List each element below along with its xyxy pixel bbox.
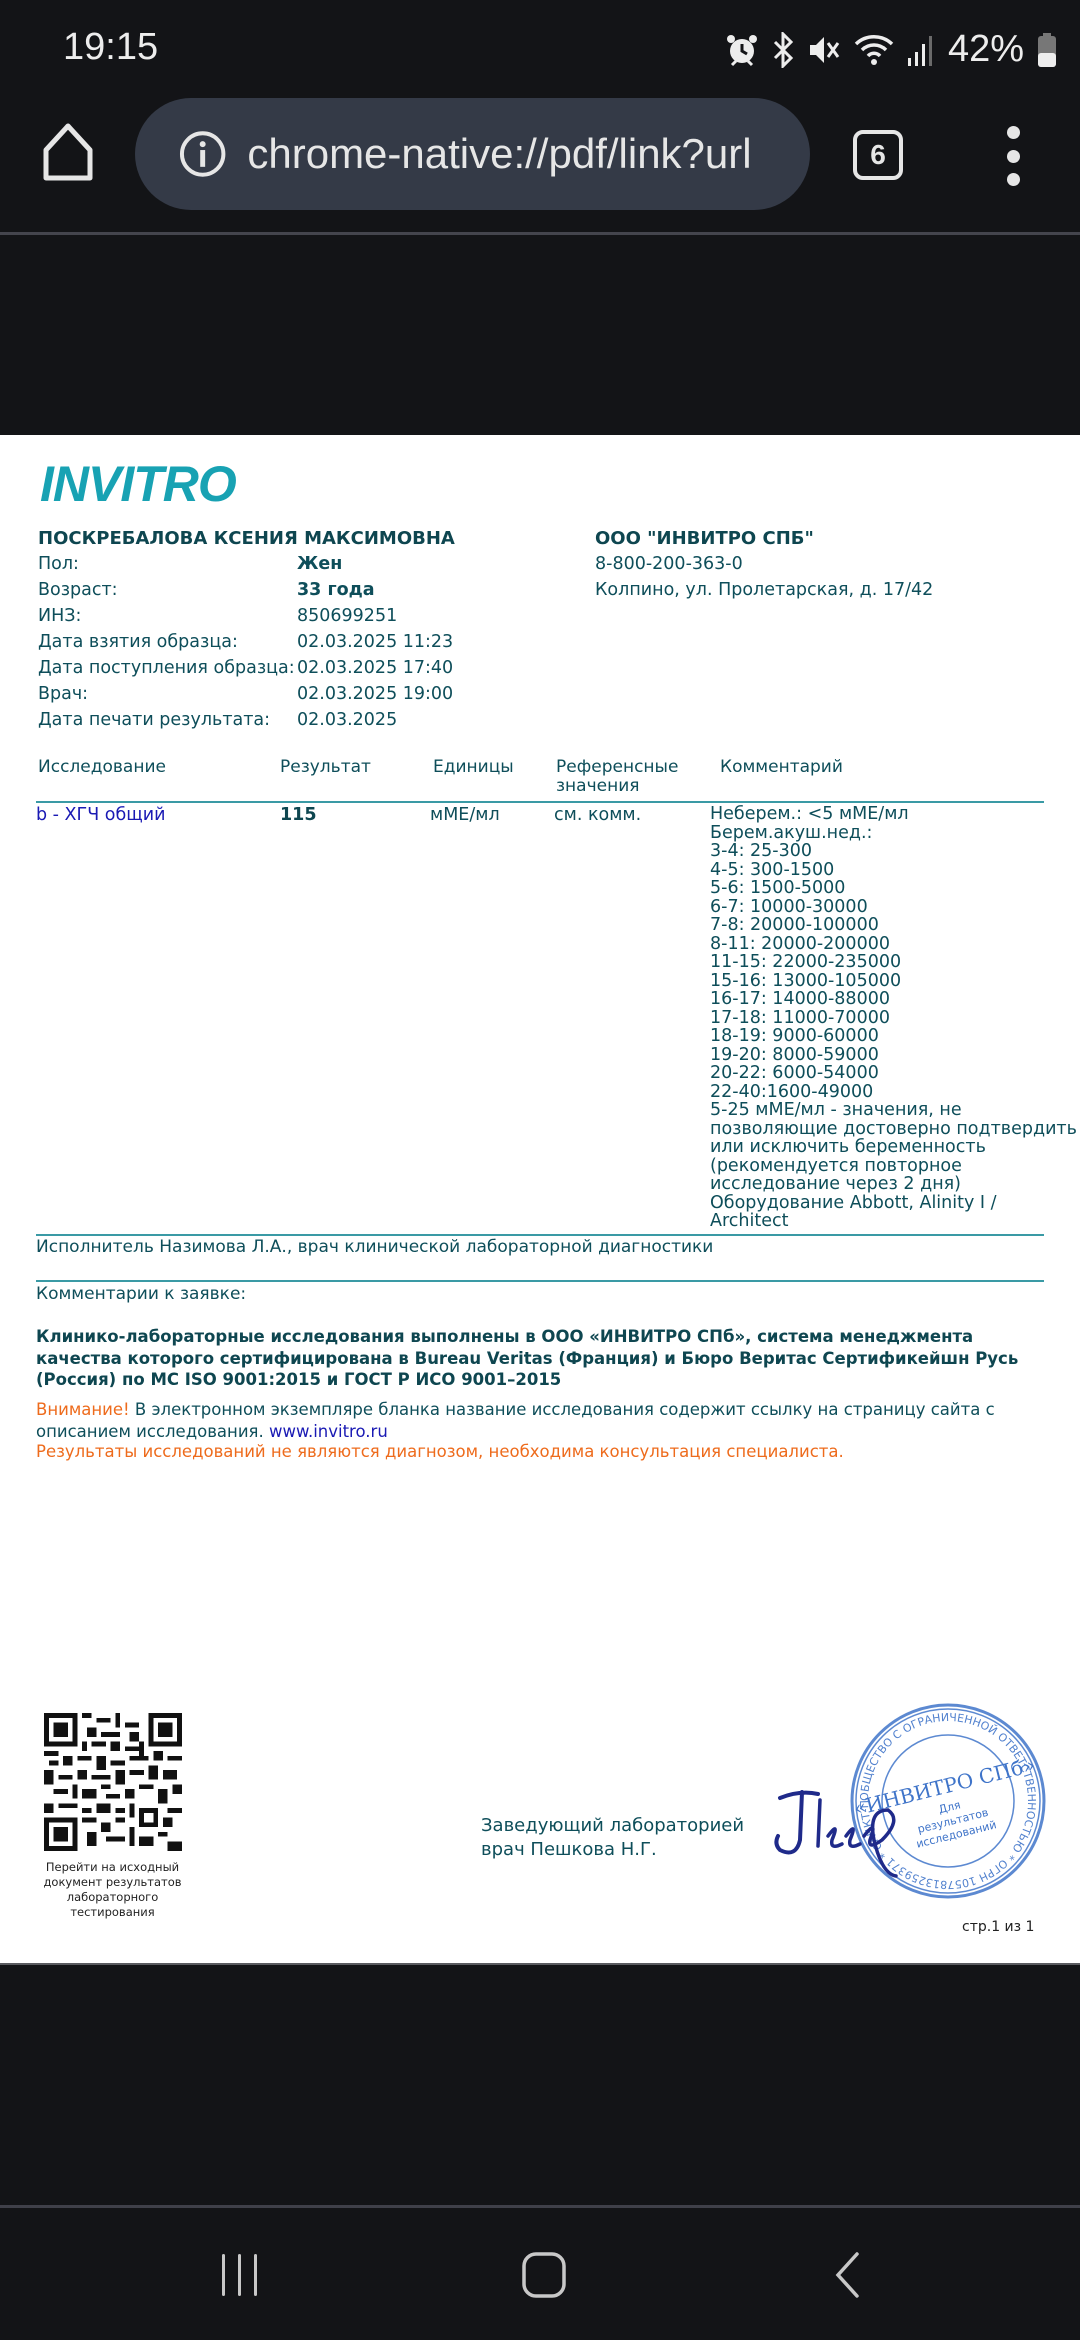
test-name-link[interactable]: b - ХГЧ общий xyxy=(36,805,166,825)
omnibox[interactable]: chrome-native://pdf/link?url xyxy=(135,98,810,210)
comment-line: 8-11: 20000-200000 xyxy=(710,935,1050,954)
battery-percent: 42% xyxy=(948,28,1024,71)
back-icon[interactable] xyxy=(832,2252,862,2298)
comment-line: Оборудование Abbott, Alinity I / xyxy=(710,1194,1050,1213)
lab-phone: 8-800-200-363-0 xyxy=(595,554,743,574)
signal-icon xyxy=(908,34,932,66)
table-header-rule xyxy=(36,801,1044,803)
field-label-sex: Пол: xyxy=(38,554,79,574)
disclaimer: Результаты исследований не являются диаг… xyxy=(36,1442,844,1461)
col-header-reference-line1: Референсные xyxy=(556,758,678,777)
col-header-result: Результат xyxy=(280,758,371,777)
test-result: 115 xyxy=(280,805,317,825)
qr-code[interactable] xyxy=(44,1713,182,1851)
test-reference: см. комм. xyxy=(554,805,641,825)
certification-text: Клинико-лабораторные исследования выполн… xyxy=(36,1326,1046,1391)
notice-text: В электронном экземпляре бланка название… xyxy=(36,1400,995,1441)
status-icons: 42% xyxy=(726,28,1056,71)
field-label-age: Возраст: xyxy=(38,580,118,600)
col-header-reference: Референсные значения xyxy=(556,758,678,796)
qr-caption: Перейти на исходный документ результатов… xyxy=(30,1860,195,1920)
field-value-print-date: 02.03.2025 xyxy=(297,710,397,730)
invitro-logo: INVITRO xyxy=(40,455,236,513)
bluetooth-icon xyxy=(772,32,794,68)
table-bottom-rule xyxy=(36,1234,1044,1236)
field-value-sex: Жен xyxy=(297,554,342,574)
comment-line: 15-16: 13000-105000 xyxy=(710,972,1050,991)
home-icon[interactable] xyxy=(521,2252,567,2298)
status-time: 19:15 xyxy=(63,26,158,69)
comment-line: позволяющие достоверно подтвердить xyxy=(710,1120,1050,1139)
comment-line: 5-25 мМЕ/мл - значения, не xyxy=(710,1101,1050,1120)
comment-line: 5-6: 1500-5000 xyxy=(710,879,1050,898)
status-bar: 19:15 42% xyxy=(0,0,1080,96)
alarm-icon xyxy=(726,33,758,67)
comment-line: 19-20: 8000-59000 xyxy=(710,1046,1050,1065)
comment-line: 20-22: 6000-54000 xyxy=(710,1064,1050,1083)
field-label-received-date: Дата поступления образца: xyxy=(38,658,295,678)
tab-switcher-button[interactable]: 6 xyxy=(853,130,903,180)
test-units: мМЕ/мл xyxy=(430,805,500,825)
battery-icon xyxy=(1038,33,1056,67)
field-label-inz: ИНЗ: xyxy=(38,606,81,626)
test-comment: Неберем.: <5 мМЕ/мл Берем.акуш.нед.: 3-4… xyxy=(710,805,1050,1231)
lab-name: ООО "ИНВИТРО СПБ" xyxy=(595,528,814,549)
browser-toolbar: chrome-native://pdf/link?url 6 xyxy=(0,96,1080,232)
comment-line: 6-7: 10000-30000 xyxy=(710,898,1050,917)
more-vert-icon[interactable] xyxy=(1000,126,1026,186)
head-of-lab-name: врач Пешкова Н.Г. xyxy=(481,1838,744,1862)
field-value-sample-date: 02.03.2025 11:23 xyxy=(297,632,453,652)
lab-address: Колпино, ул. Пролетарская, д. 17/42 xyxy=(595,580,933,600)
comment-line: Architect xyxy=(710,1212,1050,1231)
toolbar-divider xyxy=(0,232,1080,235)
comment-line: 18-19: 9000-60000 xyxy=(710,1027,1050,1046)
comment-line: исследование через 2 дня) xyxy=(710,1175,1050,1194)
col-header-reference-line2: значения xyxy=(556,777,678,796)
notice-warning: Внимание! xyxy=(36,1400,130,1419)
field-value-age: 33 года xyxy=(297,580,375,600)
performer: Исполнитель Назимова Л.А., врач клиничес… xyxy=(36,1237,713,1257)
comment-line: Неберем.: <5 мМЕ/мл xyxy=(710,805,1050,824)
page-bottom-divider xyxy=(0,1963,1080,1965)
field-value-doctor: 02.03.2025 19:00 xyxy=(297,684,453,704)
performer-rule xyxy=(36,1280,1044,1282)
order-comments-label: Комментарии к заявке: xyxy=(36,1284,246,1304)
col-header-test: Исследование xyxy=(38,758,166,777)
comment-line: 4-5: 300-1500 xyxy=(710,861,1050,880)
comment-line: 16-17: 14000-88000 xyxy=(710,990,1050,1009)
col-header-comment: Комментарий xyxy=(720,758,843,777)
recents-icon[interactable] xyxy=(218,2252,262,2298)
field-value-inz: 850699251 xyxy=(297,606,397,626)
signature xyxy=(770,1780,910,1880)
url-text[interactable]: chrome-native://pdf/link?url xyxy=(247,130,810,178)
comment-line: 7-8: 20000-100000 xyxy=(710,916,1050,935)
comment-line: (рекомендуется повторное xyxy=(710,1157,1050,1176)
system-nav-bar xyxy=(0,2208,1080,2340)
comment-line: 11-15: 22000-235000 xyxy=(710,953,1050,972)
wifi-icon xyxy=(854,32,894,68)
invitro-website-link[interactable]: www.invitro.ru xyxy=(269,1422,388,1441)
field-label-sample-date: Дата взятия образца: xyxy=(38,632,238,652)
head-of-lab-title: Заведующий лабораторией xyxy=(481,1814,744,1838)
comment-line: или исключить беременность xyxy=(710,1138,1050,1157)
comment-line: Берем.акуш.нед.: xyxy=(710,824,1050,843)
mute-icon xyxy=(808,33,840,67)
pdf-page: INVITRO ПОСКРЕБАЛОВА КСЕНИЯ МАКСИМОВНА П… xyxy=(0,435,1080,1963)
patient-name: ПОСКРЕБАЛОВА КСЕНИЯ МАКСИМОВНА xyxy=(38,528,455,549)
page-number: стр.1 из 1 xyxy=(962,1919,1034,1935)
home-icon[interactable] xyxy=(40,122,96,182)
comment-line: 3-4: 25-300 xyxy=(710,842,1050,861)
comment-line: 17-18: 11000-70000 xyxy=(710,1009,1050,1028)
field-label-print-date: Дата печати результата: xyxy=(38,710,270,730)
notice: Внимание! В электронном экземпляре бланк… xyxy=(36,1399,1046,1442)
field-label-doctor: Врач: xyxy=(38,684,88,704)
col-header-units: Единицы xyxy=(433,758,514,777)
field-value-received-date: 02.03.2025 17:40 xyxy=(297,658,453,678)
info-icon[interactable] xyxy=(178,129,227,179)
comment-line: 22-40:1600-49000 xyxy=(710,1083,1050,1102)
head-of-lab: Заведующий лабораторией врач Пешкова Н.Г… xyxy=(481,1814,744,1862)
